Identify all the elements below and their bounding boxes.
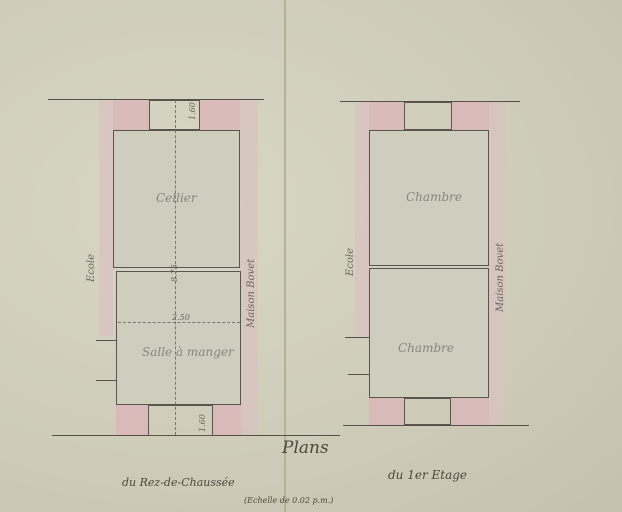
rear-pier-left — [369, 398, 404, 425]
dimension-line-width — [118, 322, 240, 323]
drawing-title: Plans — [282, 438, 329, 458]
street-line-bottom — [343, 425, 529, 426]
room-label-chambre-rear: Chambre — [398, 341, 454, 355]
front-pier-left — [113, 100, 149, 130]
wall-stub — [348, 374, 369, 375]
neighbour-label-left: Ecole — [345, 248, 356, 276]
room-salle-a-manger — [116, 271, 241, 405]
front-pier-right — [200, 100, 240, 130]
rear-pier-left — [116, 405, 148, 435]
front-pier-left — [369, 102, 404, 130]
caption-scale: (Echelle de 0.02 p.m.) — [244, 496, 333, 505]
left-party-wall — [99, 100, 113, 336]
room-label-salle-a-manger: Salle à manger — [142, 345, 234, 359]
neighbour-label-left: Ecole — [86, 254, 97, 282]
dimension-top-opening: 1.60 — [188, 102, 197, 120]
left-party-wall — [355, 102, 369, 337]
front-pier-right — [452, 102, 489, 130]
room-label-cellier: Cellier — [156, 191, 197, 205]
wall-stub — [96, 380, 116, 381]
neighbour-label-right: Maison Bovet — [495, 243, 506, 312]
wall-stub — [345, 337, 369, 338]
rear-pier-right — [451, 398, 489, 425]
neighbour-label-right: Maison Bovet — [246, 259, 257, 328]
wall-stub — [96, 340, 116, 341]
room-label-chambre-front: Chambre — [406, 190, 462, 204]
dimension-length: 8.75 — [170, 264, 179, 282]
rear-pier-right — [213, 405, 241, 435]
room-chambre-rear — [369, 268, 489, 398]
front-opening — [404, 102, 452, 130]
rear-opening — [404, 398, 451, 425]
dimension-width: 2.50 — [172, 313, 190, 322]
caption-ground-floor: du Rez-de-Chaussée — [122, 476, 235, 489]
dimension-bottom-opening: 1.60 — [198, 414, 207, 432]
caption-first-floor: du 1er Etage — [388, 468, 467, 482]
